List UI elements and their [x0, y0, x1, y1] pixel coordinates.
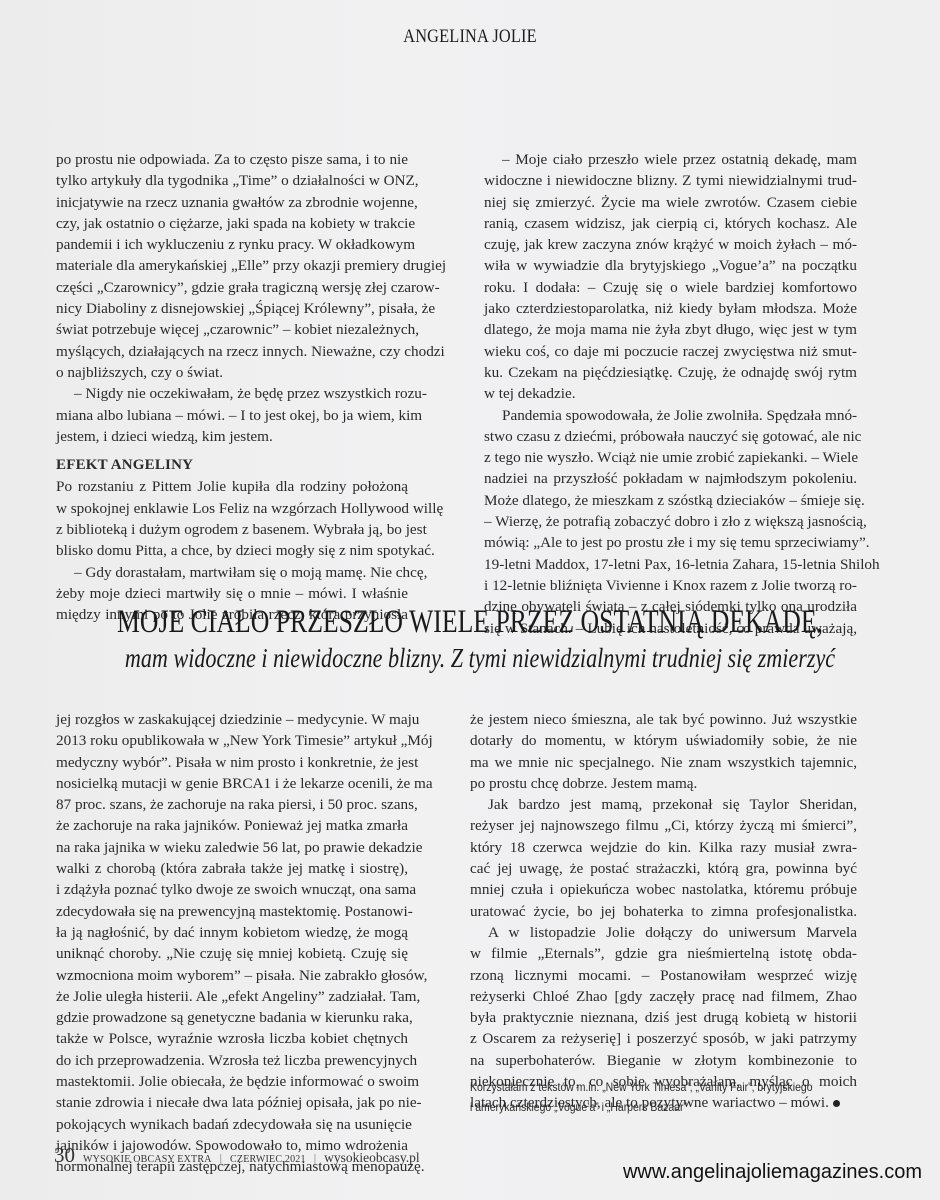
- text-line: Jak bardzo jest mamą, przekonał się Tayl…: [470, 794, 857, 815]
- text-line: – Moje ciało przeszło wiele przez ostatn…: [484, 149, 857, 170]
- text-line: po prostu chcę dobrze. Jestem mamą.: [470, 773, 857, 794]
- text-line: ma we mnie nic specjalnego. Nie znam wsz…: [470, 752, 857, 773]
- text-line: rzoną licznymi mocami. – Postanowiłam we…: [470, 965, 857, 986]
- text-line: miana albo lubiana – mówi. – I to jest o…: [56, 405, 408, 426]
- text-line: mastektomii. Jolie obiecała, że będzie i…: [56, 1071, 408, 1092]
- text-line: nicy Diaboliny z disnejowskiej „Śpiącej …: [56, 298, 408, 319]
- text-line: żeby moje dzieci martwiły się o mnie – m…: [56, 583, 408, 604]
- running-head: ANGELINA JOLIE: [66, 26, 874, 48]
- text-line: niej się zmierzyć. Życie ma wiele zwrotó…: [484, 192, 857, 213]
- text-line: po prostu nie odpowiada. Za to często pi…: [56, 149, 408, 170]
- text-line: uratować życie, bo jej bohaterka to zimn…: [470, 901, 857, 922]
- text-line: jako czterdziestoparolatka, niż kiedy by…: [484, 298, 857, 319]
- text-line: uniknąć choroby. „Nie czuję się mniej ko…: [56, 943, 408, 964]
- text-line: gdzie prowadzone są genetyczne badania w…: [56, 1007, 408, 1028]
- text-line: do ich przeprowadzenia. Wzrosła też licz…: [56, 1050, 408, 1071]
- page-number: 30: [54, 1143, 75, 1168]
- pull-quote-subline: mam widoczne i niewidoczne blizny. Z tym…: [95, 643, 866, 674]
- text-line: w filmie „Eternals”, gdzie gra nieśmiert…: [470, 943, 857, 964]
- text-line: ku. Czekam na pięćdziesiątkę. Czuję, że …: [484, 362, 857, 383]
- text-line: Może dlatego, że mieszkam z szóstką dzie…: [484, 490, 857, 511]
- text-line: czy, jak ostatnio o ciężarze, jaki spada…: [56, 213, 408, 234]
- text-line: czuję, jak krew zaczyna znów krążyć w mo…: [484, 234, 857, 255]
- text-line: stanie zdrowia i niecałe dwa lata późnie…: [56, 1092, 408, 1113]
- article-column-bottom-left: jej rozgłos w zaskakującej dziedzinie – …: [56, 709, 408, 1178]
- text-line: ła ją nagłośnić, by dać innym kobietom w…: [56, 922, 408, 943]
- text-line: – Nigdy nie oczekiwałam, że będę przez w…: [56, 383, 408, 404]
- text-line: 87 proc. szans, że zachoruje na raka pie…: [56, 794, 408, 815]
- text-line: cać jej uwagę, że postać strażaczki, któ…: [470, 858, 857, 879]
- text-line: dotarły do momentu, w którym uświadomiły…: [470, 730, 857, 751]
- text-line: Po rozstaniu z Pittem Jolie kupiła dla r…: [56, 476, 408, 497]
- text-line: o najbliższych, czy o świat.: [56, 362, 408, 383]
- text-line: dlatego, że moja mama nie żyła zbyt dług…: [484, 319, 857, 340]
- article-column-top-right: – Moje ciało przeszło wiele przez ostatn…: [484, 149, 857, 639]
- text-line: 2013 roku opublikowała w „New York Times…: [56, 730, 408, 751]
- footer-separator: |: [314, 1151, 316, 1166]
- article-column-bottom-right: że jestem nieco śmieszna, ale tak być po…: [470, 709, 857, 1114]
- text-line: ranią, czasem widzisz, jak cierpią ci, k…: [484, 213, 857, 234]
- text-line: w spokojnej enklawie Los Feliz na wzgórz…: [56, 498, 408, 519]
- text-line: A w listopadzie Jolie dołączy do uniwers…: [470, 922, 857, 943]
- text-line: z tego nie wyszło. Wciąż nie umie zrobić…: [484, 447, 857, 468]
- magazine-page: ANGELINA JOLIE po prostu nie odpowiada. …: [0, 0, 940, 1200]
- text-line: roku. I dodała: – Czuję się o wiele bard…: [484, 277, 857, 298]
- magazine-website: wysokieobcasy.pl: [324, 1150, 419, 1166]
- text-line: wieku coś, co daje mi poczucie raczej zw…: [484, 341, 857, 362]
- text-line: z biblioteką i dużym ogrodem z basenem. …: [56, 519, 408, 540]
- page-footer: 30 WYSOKIE OBCASY EXTRA | CZERWIEC 2021 …: [54, 1143, 420, 1169]
- text-line: widoczne i niewidoczne blizny. Z tymi ni…: [484, 170, 857, 191]
- text-line: inicjatywie na rzecz uznania gwałtów za …: [56, 192, 408, 213]
- text-line: wzmocniona moim wyborem” – pisała. Nie z…: [56, 965, 408, 986]
- text-line: mniej czuła i opiekuńcza wobec nastolatk…: [470, 879, 857, 900]
- magazine-name: WYSOKIE OBCASY EXTRA: [83, 1154, 212, 1165]
- issue-date: CZERWIEC 2021: [230, 1154, 306, 1165]
- text-line: reżyser jej najnowszego filmu „Ci, którz…: [470, 815, 857, 836]
- text-line: – Gdy dorastałam, martwiłam się o moją m…: [56, 562, 408, 583]
- text-line: na raka jajnika w wieku zaledwie 56 lat,…: [56, 837, 408, 858]
- text-line: który 18 czerwca wejdzie do kin. Kilka r…: [470, 837, 857, 858]
- text-line: medyczny wybór”. Pisała w nim prosto i k…: [56, 752, 408, 773]
- text-line: walki z chorobą (która zabrała także jej…: [56, 858, 408, 879]
- text-line: że jestem nieco śmieszna, ale tak być po…: [470, 709, 857, 730]
- credit-line: Korzystałam z tekstów m.in. „New York Ti…: [470, 1078, 848, 1098]
- text-line: jej rozgłos w zaskakującej dziedzinie – …: [56, 709, 408, 730]
- text-line: z Oscarem za reżyserię] i poszerzyć spos…: [470, 1028, 857, 1049]
- text-line: i zdążyła poznać tylko dwoje ze swoich w…: [56, 879, 408, 900]
- text-line: w tej dekadzie.: [484, 383, 857, 404]
- text-line: także w Polsce, wyraźnie wzrosła liczba …: [56, 1028, 408, 1049]
- text-line: nadziei na przyszłość pokładam w najmłod…: [484, 468, 857, 489]
- text-line: pandemii i ich wykluczeniu z rynku pracy…: [56, 234, 408, 255]
- text-line: materiale dla amerykańskiej „Elle” przy …: [56, 255, 408, 276]
- section-subheading: EFEKT ANGELINY: [56, 455, 408, 476]
- text-line: świat potrzebuje więcej „czarownic” – ko…: [56, 319, 408, 340]
- credit-line: i amerykańskiego „Vogue’a” i „Harpers Ba…: [470, 1098, 848, 1118]
- text-line: – Wierzę, że potrafią zobaczyć dobro i z…: [484, 511, 857, 532]
- pull-quote-headline: MOJE CIAŁO PRZESZŁO WIELE PRZEZ OSTATNIĄ…: [103, 604, 836, 641]
- text-line: na superbohaterów. Bieganie w złotym kom…: [470, 1050, 857, 1071]
- text-line: jestem, i dzieci wiedzą, kim jestem.: [56, 426, 408, 447]
- text-line: mówią: „Ale to jest po prostu złe i my s…: [484, 532, 857, 553]
- text-line: Pandemia spowodowała, że Jolie zwolniła.…: [484, 405, 857, 426]
- text-line: pokojących wynikach badań zdecydowała si…: [56, 1114, 408, 1135]
- text-line: 19-letni Maddox, 17-letni Pax, 16-letnia…: [484, 554, 857, 575]
- text-line: stwo czasu z dziećmi, próbowała nauczyć …: [484, 426, 857, 447]
- sources-credit: Korzystałam z tekstów m.in. „New York Ti…: [470, 1078, 848, 1118]
- text-line: tylko artykuły dla tygodnika „Time” o dz…: [56, 170, 408, 191]
- text-line: i 12-letnie bliźnięta Vivienne i Knox ra…: [484, 575, 857, 596]
- text-line: części „Czarownicy”, gdzie grała tragicz…: [56, 277, 408, 298]
- text-line: że zachoruje na raka jajników. Ponieważ …: [56, 815, 408, 836]
- text-line: była praktycznie nieznana, dziś jest dru…: [470, 1007, 857, 1028]
- text-line: reżyserki Chloé Zhao [gdy zaczęły pracę …: [470, 986, 857, 1007]
- footer-separator: |: [220, 1151, 222, 1166]
- text-line: wiła w wywiadzie dla brytyjskiego „Vogue…: [484, 255, 857, 276]
- text-line: że Jolie uległa histerii. Ale „efekt Ang…: [56, 986, 408, 1007]
- watermark-url: www.angelinajoliemagazines.com: [623, 1161, 922, 1184]
- text-line: zdecydowała się na prewencyjną mastektom…: [56, 901, 408, 922]
- article-column-top-left: po prostu nie odpowiada. Za to często pi…: [56, 149, 408, 626]
- text-line: blisko domu Pitta, a chce, by dzieci mog…: [56, 540, 408, 561]
- text-line: myślących, działających na rzecz innych.…: [56, 341, 408, 362]
- text-line: nosicielką mutacji w genie BRCA1 i że le…: [56, 773, 408, 794]
